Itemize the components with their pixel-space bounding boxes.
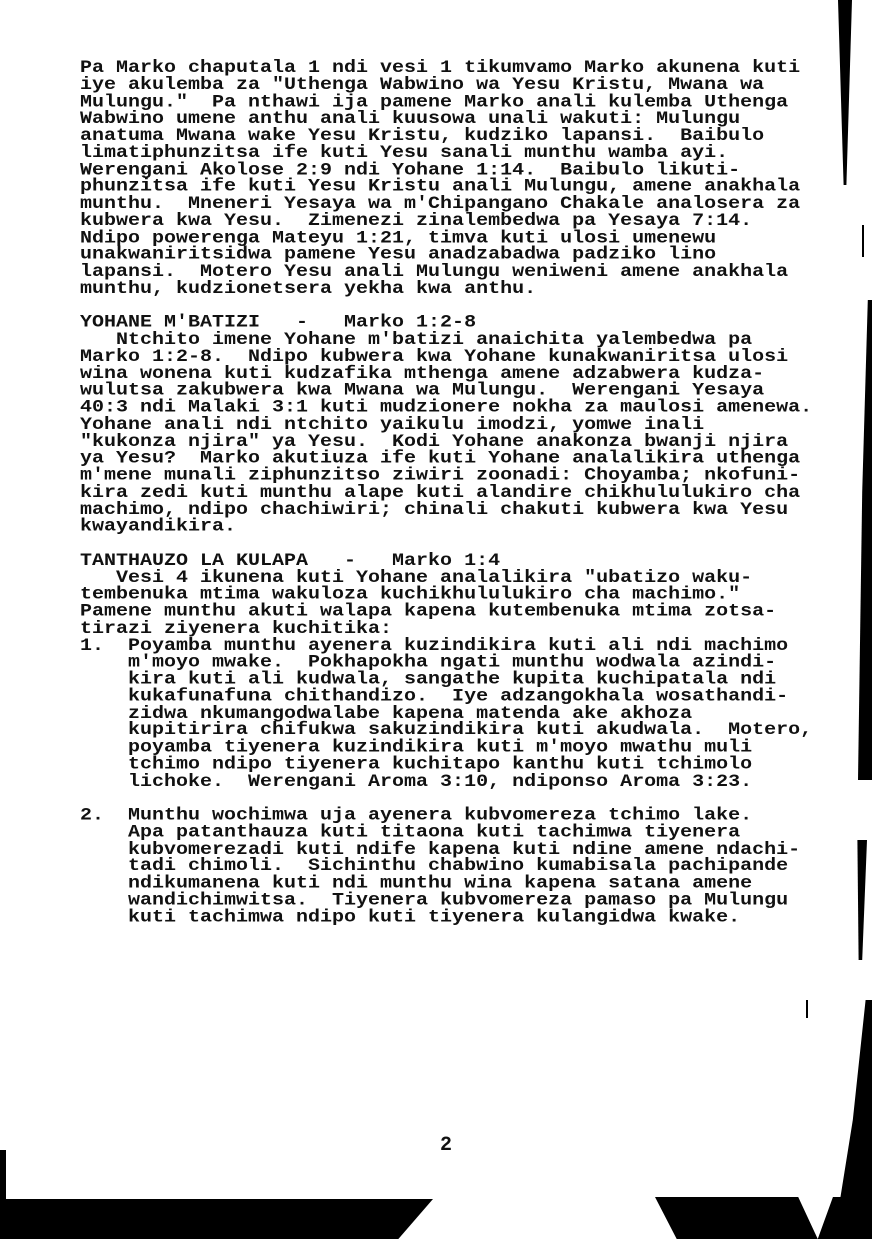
text-line: Yohane anali ndi ntchito yaikulu imodzi,… [80,417,812,434]
text-line: munthu. Mneneri Yesaya wa m'Chipangano C… [80,196,812,213]
text-line: kukafunafuna chithandizo. Iye adzangokha… [80,688,812,705]
text-line: kubwera kwa Yesu. Zimenezi zinalembedwa … [80,213,812,230]
page-number: 2 [440,1134,452,1157]
blank-line [80,536,812,553]
scan-speck [862,225,864,257]
text-line: kwayandikira. [80,519,812,536]
text-line: kuti tachimwa ndipo kuti tiyenera kulang… [80,909,812,926]
scan-shadow-right-lower [855,840,867,960]
text-line: TANTHAUZO LA KULAPA - Marko 1:4 [80,553,812,570]
scan-speck [806,1000,808,1018]
text-line: Ntchito imene Yohane m'batizi anaichita … [80,332,812,349]
text-line: ndikumanena kuti ndi munthu wina kapena … [80,875,812,892]
scan-shadow-right-top [838,0,852,185]
text-line: kira zedi kuti munthu alape kuti alandir… [80,485,812,502]
scan-shadow-bottom-left [0,1199,433,1239]
text-line: 2. Munthu wochimwa uja ayenera kubvomere… [80,807,812,824]
text-line: iye akulemba za "Uthenga Wabwino wa Yesu… [80,77,812,94]
text-line: Pa Marko chaputala 1 ndi vesi 1 tikumvam… [80,60,812,77]
document-body: Pa Marko chaputala 1 ndi vesi 1 tikumvam… [80,60,812,926]
text-line: lapansi. Motero Yesu anali Mulungu weniw… [80,264,812,281]
scan-shadow-bottom-right [655,1197,872,1239]
text-line: munthu, kudzionetsera yekha kwa anthu. [80,281,812,298]
text-line: tchimo ndipo tiyenera kuchitapo kanthu k… [80,756,812,773]
text-line: lichoke. Werengani Aroma 3:10, ndiponso … [80,773,812,790]
scan-shadow-left [0,1150,6,1200]
text-line: m'mene munali ziphunzitso ziwiri zoonadi… [80,468,812,485]
text-line: Apa patanthauza kuti titaona kuti tachim… [80,824,812,841]
text-line: kira kuti ali kudwala, sangathe kupita k… [80,671,812,688]
text-line: wandichimwitsa. Tiyenera kubvomereza pam… [80,892,812,909]
text-line: poyamba tiyenera kuzindikira kuti m'moyo… [80,739,812,756]
text-line: anatuma Mwana wake Yesu Kristu, kudziko … [80,128,812,145]
text-line: Marko 1:2-8. Ndipo kubwera kwa Yohane ku… [80,349,812,366]
scan-speck [864,460,866,480]
scan-shadow-right-bottom [840,1000,872,1200]
scan-shadow-right-middle [858,300,872,780]
scanned-page: Pa Marko chaputala 1 ndi vesi 1 tikumvam… [0,0,872,1239]
text-line: tirazi ziyenera kuchitika: [80,621,812,638]
text-line: limatiphunzitsa ife kuti Yesu sanali mun… [80,145,812,162]
text-line: 40:3 ndi Malaki 3:1 kuti mudzionere nokh… [80,400,812,417]
text-line: Pamene munthu akuti walapa kapena kutemb… [80,604,812,621]
